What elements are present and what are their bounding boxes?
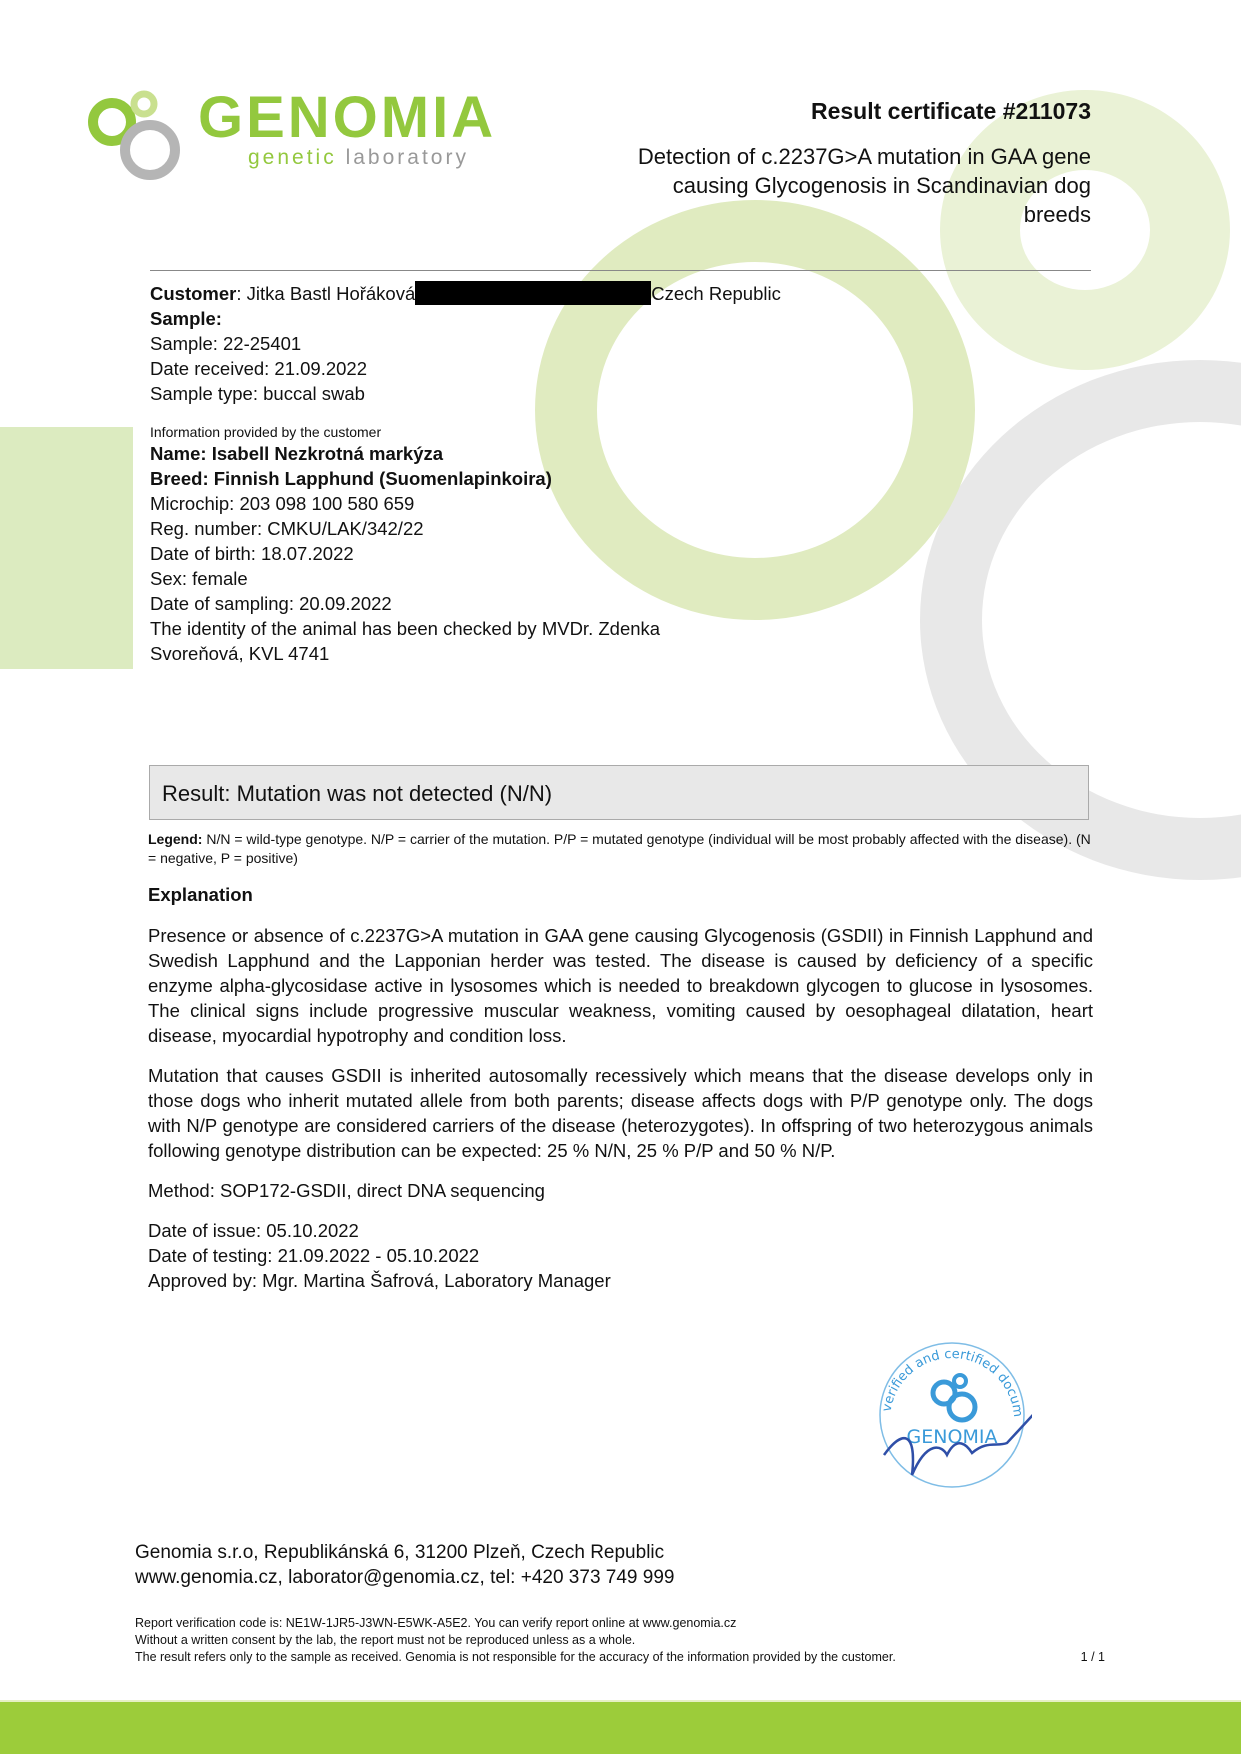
company-contact: www.genomia.cz, laborator@genomia.cz, te… bbox=[135, 1565, 674, 1590]
result-box: Result: Mutation was not detected (N/N) bbox=[149, 765, 1089, 820]
date-of-testing: Date of testing: 21.09.2022 - 05.10.2022 bbox=[148, 1243, 1093, 1268]
header-divider bbox=[150, 270, 1091, 271]
date-received: Date received: 21.09.2022 bbox=[150, 356, 781, 381]
decorative-ring-top-right bbox=[940, 90, 1230, 370]
decorative-side-block bbox=[0, 427, 133, 669]
microchip: Microchip: 203 098 100 580 659 bbox=[150, 491, 710, 516]
reg-number: Reg. number: CMKU/LAK/342/22 bbox=[150, 516, 710, 541]
page-number: 1 / 1 bbox=[1081, 1649, 1105, 1666]
sample-type: Sample type: buccal swab bbox=[150, 381, 781, 406]
explanation-paragraph-2: Mutation that causes GSDII is inherited … bbox=[148, 1063, 1093, 1163]
sample-id: Sample: 22-25401 bbox=[150, 331, 781, 356]
legend: Legend: N/N = wild-type genotype. N/P = … bbox=[148, 830, 1093, 868]
verification-code: Report verification code is: NE1W-1JR5-J… bbox=[135, 1615, 1105, 1632]
genomia-logo: GENOMIA genetic laboratory bbox=[88, 88, 528, 184]
animal-name: Name: Isabell Nezkrotná markýza bbox=[150, 441, 710, 466]
certificate-title: Result certificate #211073 bbox=[811, 98, 1091, 125]
disclaimer: The result refers only to the sample as … bbox=[135, 1649, 1105, 1666]
sample-heading: Sample: bbox=[150, 306, 781, 331]
customer-line: Customer: Jitka Bastl HořákováCzech Repu… bbox=[150, 281, 781, 306]
sex: Sex: female bbox=[150, 566, 710, 591]
date-of-issue: Date of issue: 05.10.2022 bbox=[148, 1218, 1093, 1243]
animal-breed: Breed: Finnish Lapphund (Suomenlapinkoir… bbox=[150, 466, 710, 491]
animal-info-section: Information provided by the customer Nam… bbox=[150, 423, 710, 666]
customer-info-note: Information provided by the customer bbox=[150, 423, 710, 441]
issue-details: Date of issue: 05.10.2022 Date of testin… bbox=[148, 1218, 1093, 1293]
identity-check: The identity of the animal has been chec… bbox=[150, 616, 710, 666]
company-address: Genomia s.r.o, Republikánská 6, 31200 Pl… bbox=[135, 1540, 674, 1590]
logo-wordmark: GENOMIA bbox=[198, 88, 496, 148]
customer-sample-section: Customer: Jitka Bastl HořákováCzech Repu… bbox=[150, 281, 781, 406]
svg-text:GENOMIA: GENOMIA bbox=[907, 1426, 998, 1448]
approved-by: Approved by: Mgr. Martina Šafrová, Labor… bbox=[148, 1268, 1093, 1293]
date-of-birth: Date of birth: 18.07.2022 bbox=[150, 541, 710, 566]
reproduction-note: Without a written consent by the lab, th… bbox=[135, 1632, 1105, 1649]
method: Method: SOP172-GSDII, direct DNA sequenc… bbox=[148, 1178, 1093, 1203]
redacted-address bbox=[415, 281, 651, 305]
bottom-color-bar bbox=[0, 1700, 1241, 1754]
certification-stamp-icon: verified and certified document GENOMIA bbox=[872, 1335, 1032, 1495]
logo-tagline: genetic laboratory bbox=[248, 146, 469, 170]
footer-notes: Report verification code is: NE1W-1JR5-J… bbox=[135, 1615, 1105, 1666]
date-of-sampling: Date of sampling: 20.09.2022 bbox=[150, 591, 710, 616]
explanation-heading: Explanation bbox=[148, 884, 253, 906]
test-description: Detection of c.2237G>A mutation in GAA g… bbox=[621, 142, 1091, 229]
logo-circles-icon bbox=[88, 88, 198, 184]
explanation-paragraph-1: Presence or absence of c.2237G>A mutatio… bbox=[148, 923, 1093, 1048]
